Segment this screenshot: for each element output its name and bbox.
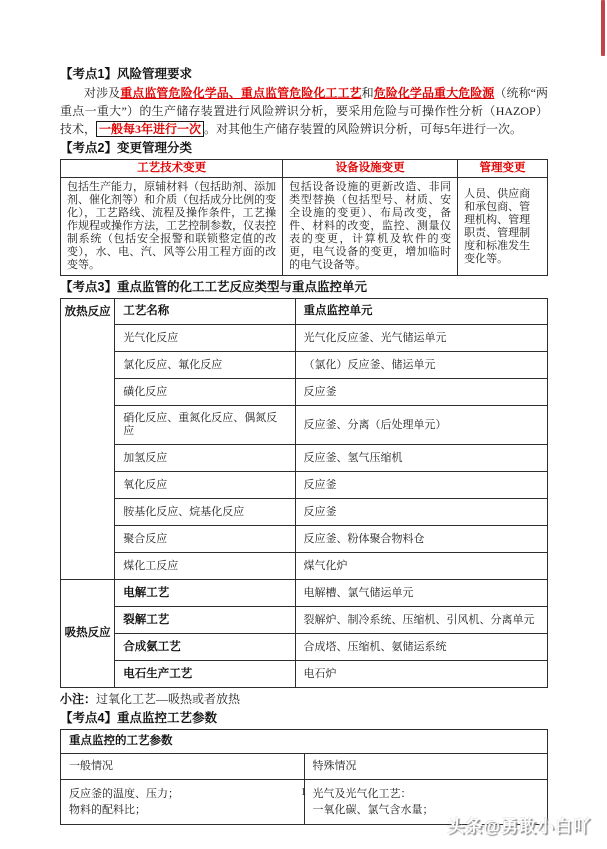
monitor-unit-cell: 反应釜、粉体聚合物料仓 — [295, 526, 547, 553]
kp1-red-highlight-2: 危险化学品重大危险源 — [374, 86, 495, 100]
monitor-unit-cell: 合成塔、压缩机、氨储运系统 — [295, 634, 547, 661]
kp3-row: 合成氨工艺 合成塔、压缩机、氨储运系统 — [61, 634, 548, 661]
document-content: 【考点1】风险管理要求 对涉及重点监管危险化学品、重点监管危险化工工艺和危险化学… — [60, 66, 548, 828]
monitor-unit-cell: 反应釜、氢气压缩机 — [295, 445, 547, 472]
kp3-title: 【考点3】重点监管的化工工艺反应类型与重点监控单元 — [60, 279, 548, 296]
kp3-group-exothermic-label: 放热反应 — [61, 299, 115, 580]
kp1-tail-text: 。对其他生产储存装置的风险辨识分析，可每5年进行一次。 — [204, 122, 522, 136]
monitor-unit-cell: 电解槽、氯气储运单元 — [295, 580, 547, 607]
process-name-cell: 煤化工反应 — [115, 553, 295, 580]
kp2-cell-equipment-change: 包括设备设施的更新改造、非同类型替换（包括型号、材质、安全设施的变更）、布局改变… — [283, 178, 458, 276]
kp3-row: 加氢反应 反应釜、氢气压缩机 — [61, 445, 548, 472]
kp4-subheader-row: 一般情况 特殊情况 — [61, 754, 548, 780]
kp2-cell-process-change: 包括生产能力，原辅材料（包括助剂、添加剂、催化剂等）和介质（包括成分比例的变化）… — [61, 178, 283, 276]
kp4-table-title: 重点监控的工艺参数 — [61, 730, 548, 754]
process-name-cell: 氯化反应、氟化反应 — [115, 352, 295, 379]
process-name-cell: 聚合反应 — [115, 526, 295, 553]
kp3-row: 氧化反应 反应釜 — [61, 472, 548, 499]
kp3-row: 聚合反应 反应釜、粉体聚合物料仓 — [61, 526, 548, 553]
kp2-title: 【考点2】变更管理分类 — [60, 140, 548, 157]
kp3-header-row: 放热反应 工艺名称 重点监控单元 — [61, 299, 548, 325]
kp1-mid-text-1: 和 — [362, 86, 374, 100]
kp4-subheader-special: 特殊情况 — [304, 754, 548, 780]
kp3-row: 胺基化反应、烷基化反应 反应釜 — [61, 499, 548, 526]
kp1-boxed-highlight: 一般每3年进行一次 — [96, 121, 204, 137]
kp3-table: 放热反应 工艺名称 重点监控单元 光气化反应 光气化反应釜、光气储运单元 氯化反… — [60, 298, 548, 688]
kp3-row: 磺化反应 反应釜 — [61, 379, 548, 406]
watermark: 头条@勇敢小白吖 — [447, 812, 591, 837]
process-name-cell: 裂解工艺 — [115, 607, 295, 634]
process-name-cell: 电石生产工艺 — [115, 661, 295, 688]
kp3-row: 光气化反应 光气化反应釜、光气储运单元 — [61, 325, 548, 352]
kp4-title: 【考点4】重点监控工艺参数 — [60, 710, 548, 727]
process-name-cell: 胺基化反应、烷基化反应 — [115, 499, 295, 526]
kp4-subheader-general: 一般情况 — [61, 754, 305, 780]
kp2-header-row: 工艺技术变更 设备设施变更 管理变更 — [61, 160, 548, 178]
kp3-row: 煤化工反应 煤气化炉 — [61, 553, 548, 580]
kp2-cell-management-change: 人员、供应商和承包商、管理机构、管理职责、管理制度和标准发生变化等。 — [458, 178, 548, 276]
kp4-header-row: 重点监控的工艺参数 — [61, 730, 548, 754]
monitor-unit-cell: （氯化）反应釜、储运单元 — [295, 352, 547, 379]
monitor-unit-cell: 煤气化炉 — [295, 553, 547, 580]
process-name-cell: 硝化反应、重氮化反应、偶氮反应 — [115, 406, 295, 445]
kp4-general-line: 物料的配料比； — [69, 802, 296, 818]
monitor-unit-cell: 反应釜 — [295, 499, 547, 526]
kp2-table: 工艺技术变更 设备设施变更 管理变更 包括生产能力，原辅材料（包括助剂、添加剂、… — [60, 159, 548, 276]
kp1-title: 【考点1】风险管理要求 — [60, 66, 548, 83]
kp1-lead-text: 对涉及 — [84, 86, 120, 100]
process-name-cell: 光气化反应 — [115, 325, 295, 352]
monitor-unit-cell: 反应釜 — [295, 472, 547, 499]
process-name-cell: 氧化反应 — [115, 472, 295, 499]
monitor-unit-cell: 反应釜、分离（后处理单元） — [295, 406, 547, 445]
scrollbar-thumb[interactable] — [601, 0, 605, 56]
kp3-note-label: 小注： — [60, 692, 96, 706]
monitor-unit-cell: 光气化反应釜、光气储运单元 — [295, 325, 547, 352]
kp3-row: 硝化反应、重氮化反应、偶氮反应 反应釜、分离（后处理单元） — [61, 406, 548, 445]
process-name-cell: 电解工艺 — [115, 580, 295, 607]
monitor-unit-cell: 裂解炉、制冷系统、压缩机、引风机、分离单元 — [295, 607, 547, 634]
kp3-row: 裂解工艺 裂解炉、制冷系统、压缩机、引风机、分离单元 — [61, 607, 548, 634]
kp2-header-management-change: 管理变更 — [458, 160, 548, 178]
kp3-note-text: 过氧化工艺—吸热或者放热 — [96, 692, 240, 706]
kp2-body-row: 包括生产能力，原辅材料（包括助剂、添加剂、催化剂等）和介质（包括成分比例的变化）… — [61, 178, 548, 276]
page-number: 1 — [0, 786, 607, 798]
monitor-unit-cell: 反应釜 — [295, 379, 547, 406]
kp2-header-equipment-change: 设备设施变更 — [283, 160, 458, 178]
kp3-group-endothermic-label: 吸热反应 — [61, 580, 115, 688]
process-name-cell: 磺化反应 — [115, 379, 295, 406]
kp3-row: 电石生产工艺 电石炉 — [61, 661, 548, 688]
kp1-paragraph: 对涉及重点监管危险化学品、重点监管危险化工工艺和危险化学品重大危险源（统称“两重… — [60, 84, 548, 138]
kp3-header-monitor-unit: 重点监控单元 — [295, 299, 547, 325]
kp3-row: 氯化反应、氟化反应 （氯化）反应釜、储运单元 — [61, 352, 548, 379]
kp4-table: 重点监控的工艺参数 一般情况 特殊情况 反应釜的温度、压力； 物料的配料比； 光… — [60, 729, 548, 825]
kp3-row: 吸热反应 电解工艺 电解槽、氯气储运单元 — [61, 580, 548, 607]
process-name-cell: 合成氨工艺 — [115, 634, 295, 661]
kp3-note: 小注：过氧化工艺—吸热或者放热 — [60, 691, 548, 707]
process-name-cell: 加氢反应 — [115, 445, 295, 472]
monitor-unit-cell: 电石炉 — [295, 661, 547, 688]
kp1-red-highlight-1: 重点监管危险化学品、重点监管危险化工工艺 — [120, 86, 361, 100]
document-page: 【考点1】风险管理要求 对涉及重点监管危险化学品、重点监管危险化工工艺和危险化学… — [0, 0, 607, 849]
kp3-header-process-name: 工艺名称 — [115, 299, 295, 325]
kp2-header-process-change: 工艺技术变更 — [61, 160, 283, 178]
